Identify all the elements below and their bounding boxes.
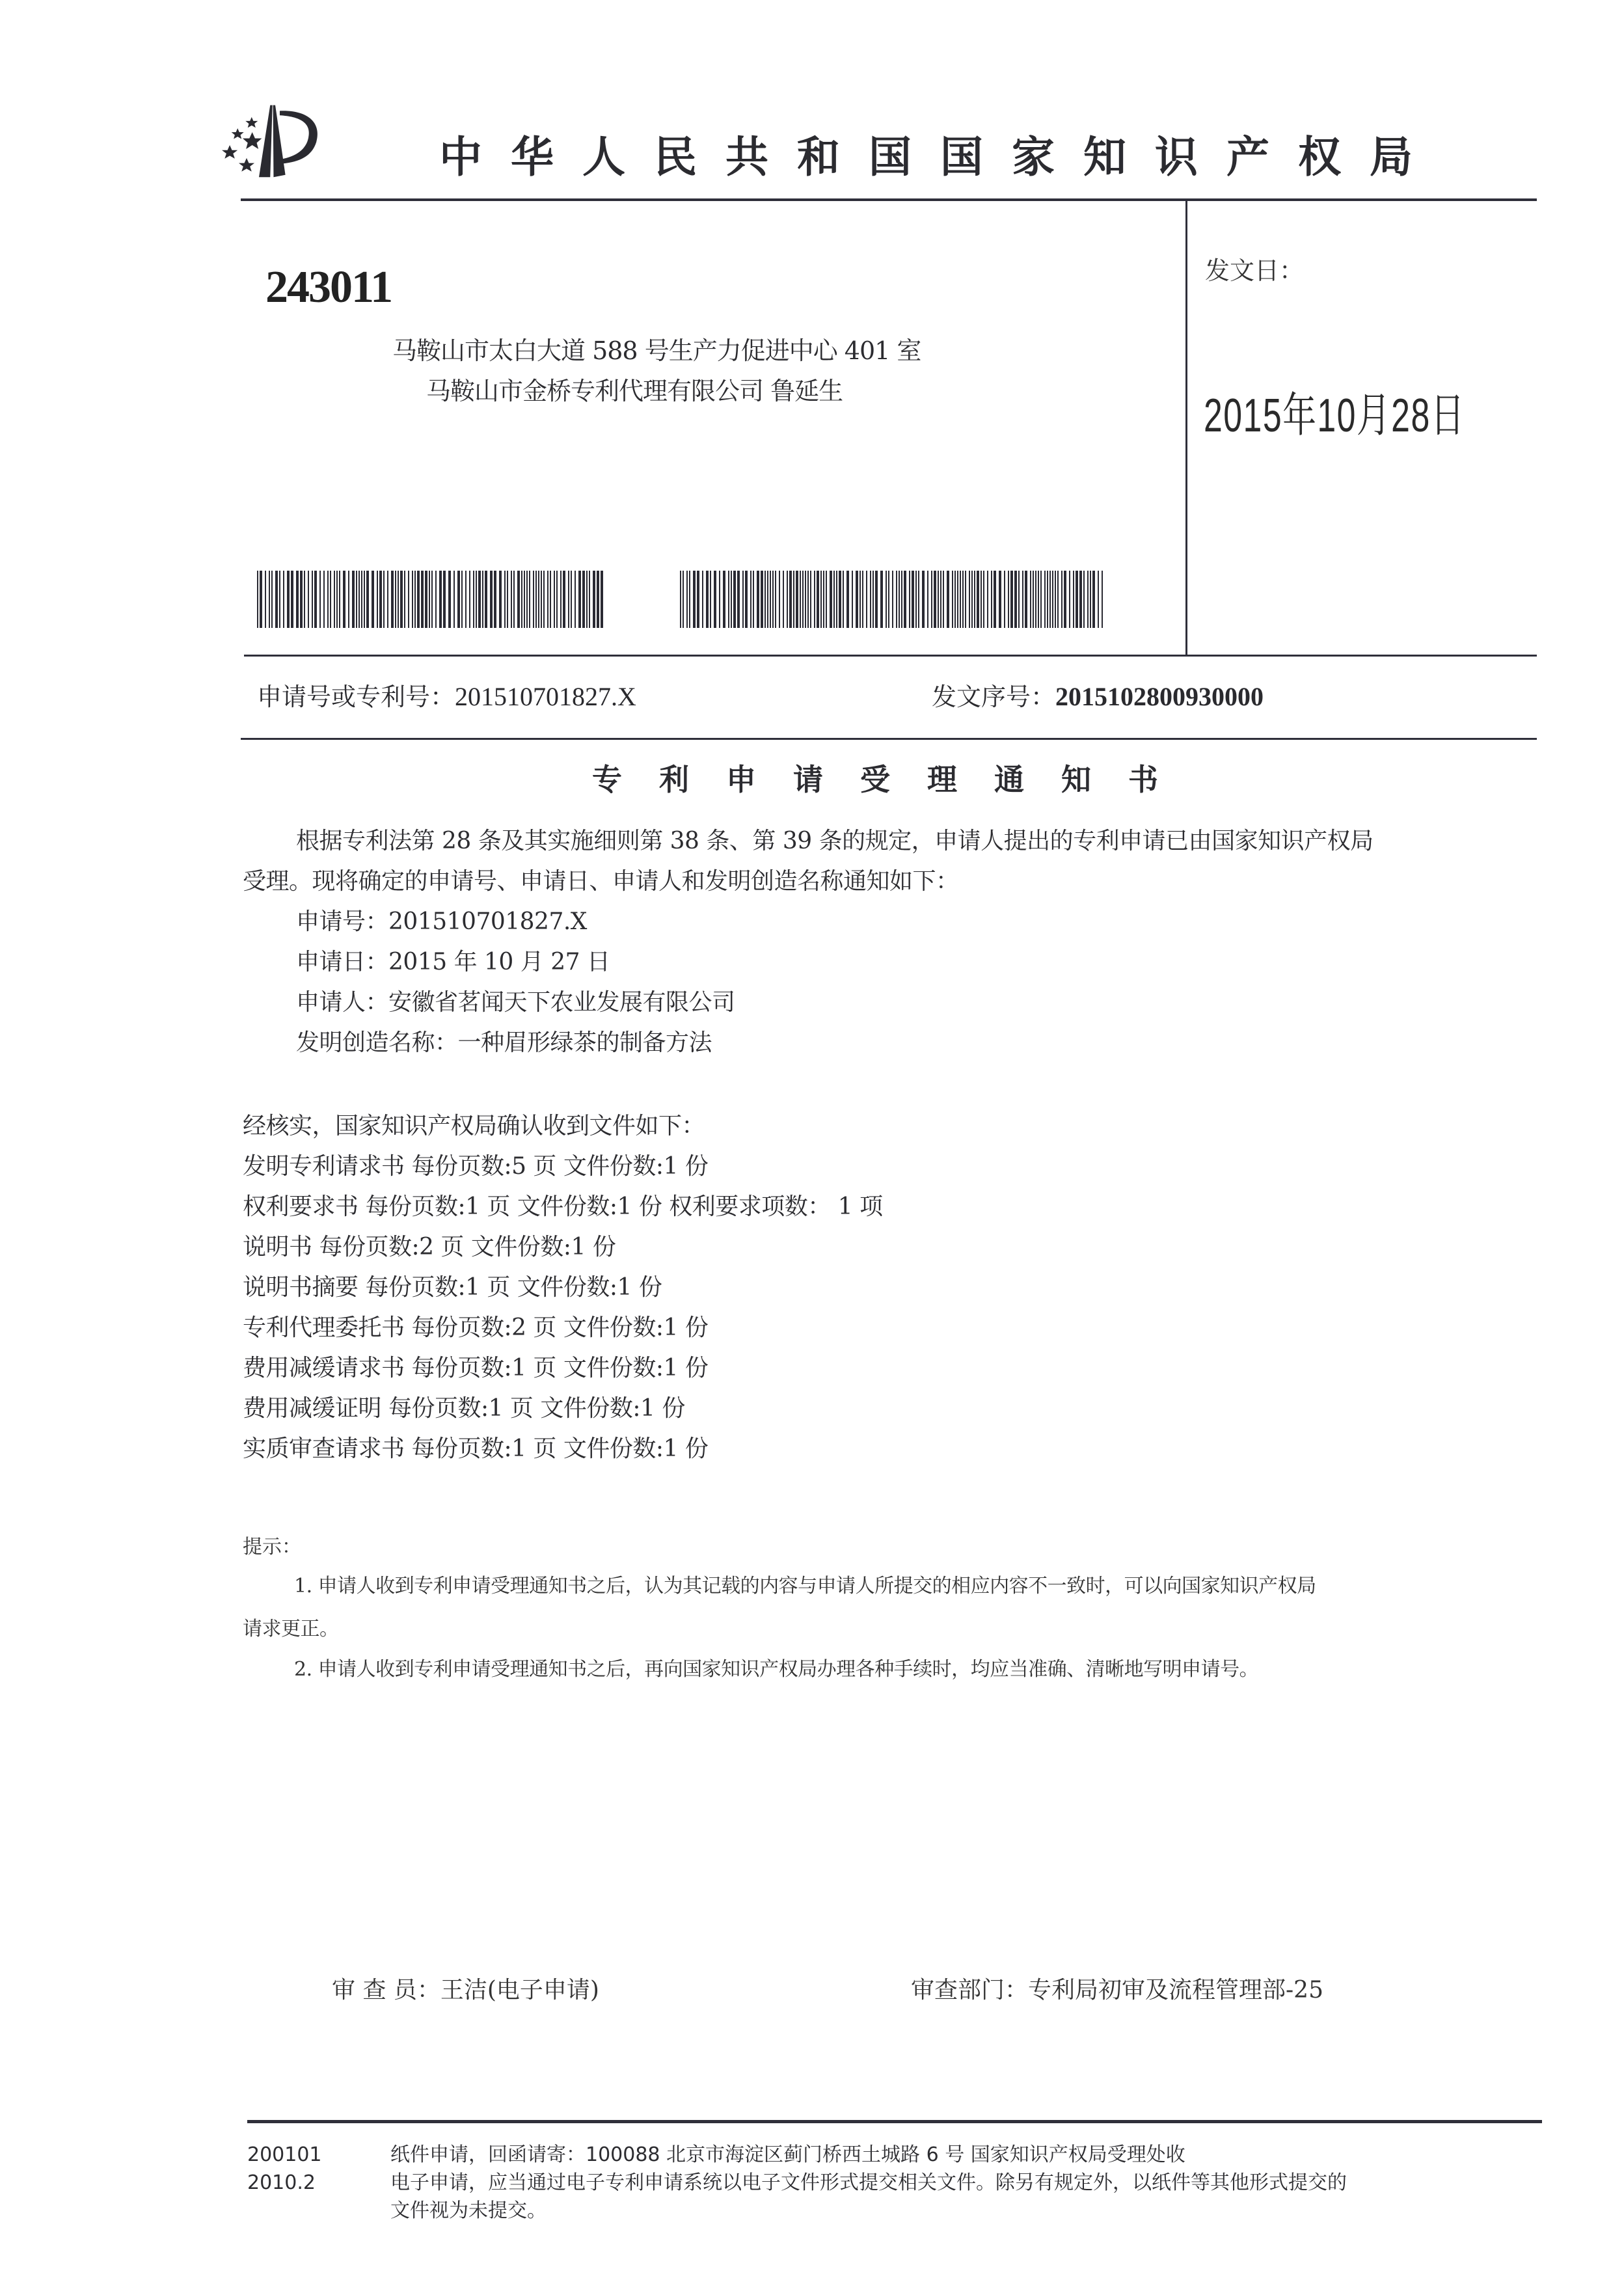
application-number-row: 申请号或专利号：201510701827.X xyxy=(257,677,636,713)
barcode-divider xyxy=(244,655,1537,657)
footer-note: 纸件申请，回函请寄：100088 北京市海淀区蓟门桥西土城路 6 号 国家知识产… xyxy=(390,2141,1347,2225)
barcode-serial xyxy=(680,571,1106,628)
received-files-list: 发明专利请求书 每份页数:5 页 文件份数:1 份权利要求书 每份页数:1 页 … xyxy=(243,1147,883,1469)
document-title: 专利申请受理通知书 xyxy=(592,756,1195,799)
tip-2: 2. 申请人收到专利申请受理通知书之后，再向国家知识产权局办理各种手续时，均应当… xyxy=(294,1653,1258,1681)
field-value: 2015 年 10 月 27 日 xyxy=(388,949,610,975)
tips-label: 提示： xyxy=(243,1530,301,1559)
department-label: 审查部门： xyxy=(911,1977,1028,2003)
application-field: 申请号：201510701827.X xyxy=(296,902,587,942)
intro-text-line-2: 受理。现将确定的申请号、申请日、申请人和发明创造名称通知如下： xyxy=(243,862,959,902)
application-number: 201510701827.X xyxy=(455,682,636,711)
application-number-label: 申请号或专利号： xyxy=(257,683,455,711)
received-file-item: 费用减缓请求书 每份页数:1 页 文件份数:1 份 xyxy=(243,1348,883,1389)
received-files-heading: 经核实，国家知识产权局确认收到文件如下： xyxy=(243,1106,883,1147)
cnipa-emblem-icon xyxy=(210,96,333,194)
issue-date: 2015年10月28日 xyxy=(1204,377,1465,445)
received-file-item: 说明书摘要 每份页数:1 页 文件份数:1 份 xyxy=(243,1268,883,1308)
field-label: 申请日： xyxy=(296,949,388,975)
barcode-application xyxy=(257,571,605,628)
application-field: 发明创造名称：一种眉形绿茶的制备方法 xyxy=(296,1023,712,1063)
intro-text-line-1: 根据专利法第 28 条及其实施细则第 38 条、第 39 条的规定，申请人提出的… xyxy=(296,821,1374,862)
serial-number-label: 发文序号： xyxy=(932,683,1055,711)
application-field: 申请日：2015 年 10 月 27 日 xyxy=(296,942,610,983)
form-version: 2010.2 xyxy=(247,2169,322,2197)
received-file-item: 权利要求书 每份页数:1 页 文件份数:1 份 权利要求项数： 1 项 xyxy=(243,1187,883,1227)
field-value: 201510701827.X xyxy=(388,908,587,935)
received-file-item: 发明专利请求书 每份页数:5 页 文件份数:1 份 xyxy=(243,1147,883,1187)
department-name: 专利局初审及流程管理部-25 xyxy=(1028,1977,1323,2003)
tip-1: 1. 申请人收到专利申请受理通知书之后，认为其记载的内容与申请人所提交的相应内容… xyxy=(294,1569,1316,1598)
received-file-item: 费用减缓证明 每份页数:1 页 文件份数:1 份 xyxy=(243,1389,883,1429)
field-label: 申请人： xyxy=(296,989,388,1016)
recipient-postcode: 243011 xyxy=(265,262,392,314)
tip-1-continuation: 请求更正。 xyxy=(243,1612,339,1641)
field-value: 安徽省茗闻天下农业发展有限公司 xyxy=(388,989,735,1016)
examination-department: 审查部门：专利局初审及流程管理部-25 xyxy=(911,1972,1323,2005)
application-field: 申请人：安徽省茗闻天下农业发展有限公司 xyxy=(296,983,735,1023)
examiner-name: 王洁(电子申请) xyxy=(440,1977,599,2003)
recipient-address: 马鞍山市太白大道 588 号生产力促进中心 401 室 xyxy=(392,331,921,366)
address-date-divider xyxy=(1185,200,1187,657)
issue-date-label: 发文日： xyxy=(1205,251,1304,286)
received-files-section: 经核实，国家知识产权局确认收到文件如下： 发明专利请求书 每份页数:5 页 文件… xyxy=(243,1106,883,1469)
serial-number: 2015102800930000 xyxy=(1055,682,1264,711)
form-number: 200101 xyxy=(247,2141,322,2169)
reference-divider xyxy=(241,738,1537,740)
received-file-item: 实质审查请求书 每份页数:1 页 文件份数:1 份 xyxy=(243,1429,883,1469)
serial-number-row: 发文序号：2015102800930000 xyxy=(932,677,1264,713)
footer-note-line-3: 文件视为未提交。 xyxy=(390,2197,1347,2225)
examiner: 审 查 员：王洁(电子申请) xyxy=(332,1972,599,2005)
recipient-name: 马鞍山市金桥专利代理有限公司 鲁延生 xyxy=(426,371,843,407)
examiner-label: 审 查 员： xyxy=(332,1977,440,2003)
received-file-item: 说明书 每份页数:2 页 文件份数:1 份 xyxy=(243,1227,883,1268)
footer-note-line-1: 纸件申请，回函请寄：100088 北京市海淀区蓟门桥西土城路 6 号 国家知识产… xyxy=(390,2141,1347,2169)
field-value: 一种眉形绿茶的制备方法 xyxy=(458,1029,712,1056)
header-divider xyxy=(241,198,1537,201)
field-label: 申请号： xyxy=(296,908,388,935)
form-code: 200101 2010.2 xyxy=(247,2141,322,2197)
received-file-item: 专利代理委托书 每份页数:2 页 文件份数:1 份 xyxy=(243,1308,883,1348)
field-label: 发明创造名称： xyxy=(296,1029,458,1056)
footer-divider xyxy=(247,2120,1542,2123)
organization-title: 中华人民共和国国家知识产权局 xyxy=(439,122,1441,184)
footer-note-line-2: 电子申请，应当通过电子专利申请系统以电子文件形式提交相关文件。除另有规定外，以纸… xyxy=(390,2169,1347,2197)
